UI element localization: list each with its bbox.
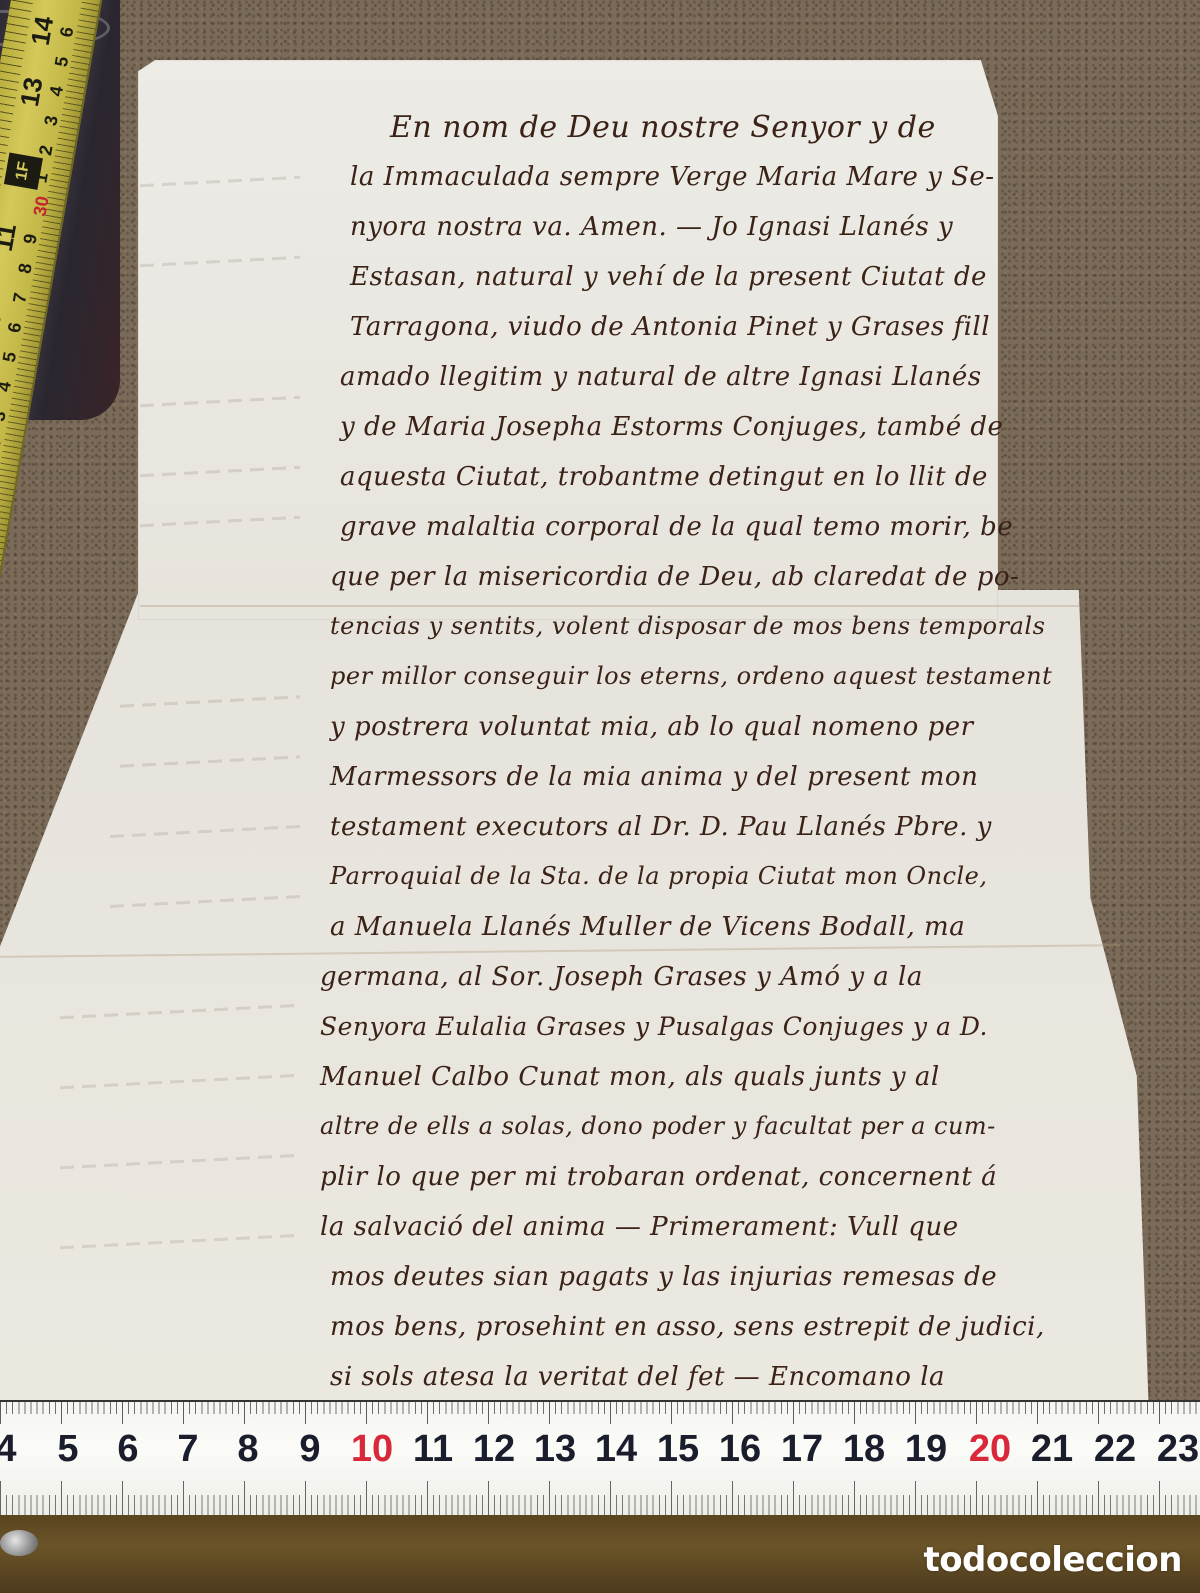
tape-number: 7	[9, 291, 31, 305]
tape-number: 8	[237, 1428, 258, 1471]
tape-number: 2	[35, 144, 57, 158]
tape-number: 17	[781, 1428, 823, 1471]
manuscript-line: y postrera voluntat mia, ab lo qual nome…	[330, 712, 974, 742]
manuscript-line: que per la misericordia de Deu, ab clare…	[330, 562, 1019, 592]
manuscript-line: grave malaltia corporal de la qual temo …	[340, 512, 1013, 542]
tape-number: 13	[534, 1428, 576, 1471]
tape-number: 9	[299, 1428, 320, 1471]
tape-number: 6	[4, 321, 26, 335]
tape-number: 15	[657, 1428, 699, 1471]
tape-number: 4	[0, 1428, 17, 1471]
tape-number: 5	[51, 55, 73, 69]
tape-number-red: 10	[351, 1428, 393, 1471]
tape-number: 6	[56, 25, 78, 39]
manuscript-line: per millor conseguir los eterns, ordeno …	[330, 662, 1052, 690]
manuscript-line: Senyora Eulalia Grases y Pusalgas Conjug…	[320, 1012, 988, 1041]
paper-fold-line	[140, 605, 1080, 607]
tape-number: 22	[1094, 1428, 1136, 1471]
screw-head	[0, 1530, 38, 1556]
tape-number: 8	[14, 262, 36, 276]
tape-numbers: 4 5 6 7 8 9 10 11 12 13 14 15 16 17 18 1…	[0, 1428, 1200, 1478]
tape-number: 16	[719, 1428, 761, 1471]
manuscript-line: altre de ells a solas, dono poder y facu…	[320, 1112, 996, 1140]
manuscript-line: Tarragona, viudo de Antonia Pinet y Gras…	[350, 312, 990, 342]
manuscript-line: tencias y sentits, volent disposar de mo…	[330, 612, 1045, 640]
tape-number: 14	[595, 1428, 637, 1471]
tape-ticks-bottom	[0, 1481, 1200, 1515]
tape-number: 7	[177, 1428, 198, 1471]
tape-number-red: 20	[969, 1428, 1011, 1471]
manuscript-line: a Manuela Llanés Muller de Vicens Bodall…	[330, 912, 965, 942]
tape-number-red: 30	[30, 195, 54, 218]
tape-ticks-top	[0, 1402, 1200, 1424]
horizontal-measuring-tape: 4 5 6 7 8 9 10 11 12 13 14 15 16 17 18 1…	[0, 1400, 1200, 1515]
tape-number: 12	[473, 1428, 515, 1471]
tape-number: 23	[1157, 1428, 1199, 1471]
tape-number: 11	[413, 1428, 453, 1471]
manuscript-line: amado llegitim y natural de altre Ignasi…	[340, 362, 982, 392]
manuscript-line: Parroquial de la Sta. de la propia Ciuta…	[330, 862, 988, 890]
manuscript-line: aquesta Ciutat, trobantme detingut en lo…	[340, 462, 988, 492]
tape-number: 6	[117, 1428, 138, 1471]
tape-number: 14	[25, 14, 61, 48]
manuscript-line: mos bens, prosehint en asso, sens estrep…	[330, 1312, 1045, 1342]
manuscript-line: plir lo que per mi trobaran ordenat, con…	[320, 1162, 997, 1192]
tape-number: 5	[0, 350, 21, 364]
manuscript-line: y de Maria Josepha Estorms Conjuges, tam…	[340, 412, 1003, 442]
tape-number: 9	[20, 232, 42, 246]
tape-number: 5	[57, 1428, 78, 1471]
manuscript-line: Estasan, natural y vehí de la present Ci…	[350, 262, 987, 292]
tape-number: 3	[40, 114, 62, 128]
manuscript-line: Marmessors de la mia anima y del present…	[330, 762, 978, 792]
watermark-logo: todocoleccion	[923, 1540, 1182, 1580]
manuscript-line: la salvació del anima — Primerament: Vul…	[320, 1212, 959, 1242]
manuscript-line: testament executors al Dr. D. Pau Llanés…	[330, 812, 992, 842]
tape-number: 19	[905, 1428, 947, 1471]
tape-number: 21	[1031, 1428, 1073, 1471]
tape-number: 13	[14, 75, 50, 109]
manuscript-line: germana, al Sor. Joseph Grases y Amó y a…	[320, 962, 923, 992]
tape-number: 18	[843, 1428, 885, 1471]
manuscript-line: En nom de Deu nostre Senyor y de	[390, 110, 936, 145]
manuscript-line: la Immaculada sempre Verge Maria Mare y …	[350, 162, 995, 192]
manuscript-line: Manuel Calbo Cunat mon, als quals junts …	[320, 1062, 940, 1092]
manuscript-line: mos deutes sian pagats y las injurias re…	[330, 1262, 997, 1292]
manuscript-line: nyora nostra va. Amen. — Jo Ignasi Llané…	[350, 212, 953, 242]
manuscript-line: si sols atesa la veritat del fet — Encom…	[330, 1362, 945, 1392]
tape-number: 4	[46, 84, 68, 98]
